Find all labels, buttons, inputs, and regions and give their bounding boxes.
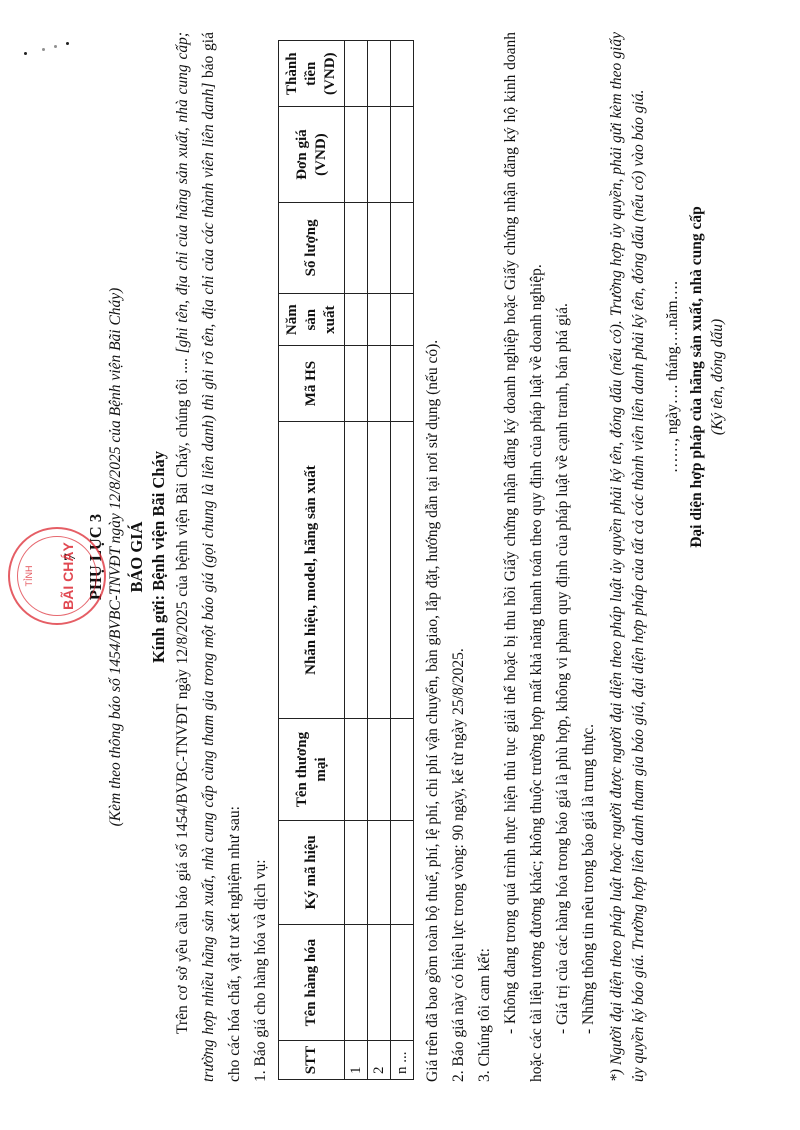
col-total: Thành tiền (VND) xyxy=(279,41,345,107)
cell xyxy=(368,925,391,1041)
cell xyxy=(391,346,414,421)
cell xyxy=(345,107,368,202)
cell xyxy=(345,719,368,820)
appendix-title: PHỤ LỤC 3 xyxy=(86,32,106,1082)
cell xyxy=(391,202,414,293)
cell xyxy=(391,719,414,820)
addressee: Kính gửi: Bệnh viện Bãi Cháy xyxy=(148,32,170,1082)
col-product-name: Tên hàng hóa xyxy=(279,925,345,1041)
cell xyxy=(368,719,391,820)
signature-signer: Đại diện hợp pháp của hãng sản xuất, nhà… xyxy=(686,32,708,722)
cell xyxy=(391,41,414,107)
cell xyxy=(368,107,391,202)
col-trade-name: Tên thương mại xyxy=(279,719,345,820)
table-row: 1 xyxy=(345,41,368,1080)
table-header-row: STT Tên hàng hóa Ký mã hiệu Tên thương m… xyxy=(279,41,345,1080)
section-1-heading: 1. Báo giá cho hàng hóa và dịch vụ: xyxy=(248,32,274,1082)
cell-stt: 2 xyxy=(368,1041,391,1080)
footnote: *) Người đại diện theo pháp luật hoặc ng… xyxy=(606,32,650,1082)
cell xyxy=(345,820,368,924)
col-model-code: Ký mã hiệu xyxy=(279,820,345,924)
cell xyxy=(368,820,391,924)
cell xyxy=(345,293,368,345)
document-page: 7 PHỤ LỤC 3 (Kèm theo thông báo số 1454/… xyxy=(0,0,800,1130)
cell xyxy=(368,41,391,107)
cell xyxy=(391,421,414,719)
cell xyxy=(368,293,391,345)
cell-stt: 1 xyxy=(345,1041,368,1080)
cell xyxy=(345,202,368,293)
table-row: n ... xyxy=(391,41,414,1080)
intro-text: Trên cơ sở yêu cầu báo giá số 1454/BVBC-… xyxy=(174,353,191,1034)
cell xyxy=(391,820,414,924)
col-unit-price: Đơn giá (VND) xyxy=(279,107,345,202)
intro-paragraph: Trên cơ sở yêu cầu báo giá số 1454/BVBC-… xyxy=(170,32,248,1082)
commitment-item: - Không đang trong quá trình thực hiện t… xyxy=(498,32,550,1082)
col-stt: STT xyxy=(279,1041,345,1080)
cell xyxy=(345,925,368,1041)
attachment-note: (Kèm theo thông báo số 1454/BVBC-TNVĐT n… xyxy=(106,32,126,1082)
quotation-table: STT Tên hàng hóa Ký mã hiệu Tên thương m… xyxy=(278,40,414,1080)
section-3-heading: 3. Chúng tôi cam kết: xyxy=(472,32,498,1082)
section-2-validity: 2. Báo giá này có hiệu lực trong vòng: 9… xyxy=(446,32,472,1082)
page-number: 7 xyxy=(62,32,80,1082)
cell xyxy=(345,346,368,421)
cell xyxy=(368,421,391,719)
col-brand-manufacturer: Nhãn hiệu, model, hãng sản xuất xyxy=(279,421,345,719)
cell xyxy=(391,925,414,1041)
signature-date-line: ……, ngày…. tháng….năm…. xyxy=(660,32,686,722)
cell xyxy=(391,107,414,202)
col-year: Năm sản xuất xyxy=(279,293,345,345)
col-quantity: Số lượng xyxy=(279,202,345,293)
signature-instruction: (Ký tên, đóng dấu) xyxy=(708,32,728,722)
commitment-item: - Những thông tin nêu trong báo giá là t… xyxy=(576,32,602,1082)
table-row: 2 xyxy=(368,41,391,1080)
price-note: Giá trên đã bao gồm toàn bộ thuế, phí, l… xyxy=(420,32,446,1082)
cell xyxy=(368,202,391,293)
cell xyxy=(345,421,368,719)
col-hs-code: Mã HS xyxy=(279,346,345,421)
commitment-item: - Giá trị của các hàng hóa trong báo giá… xyxy=(550,32,576,1082)
cell xyxy=(391,293,414,345)
stamp-top-text: TỈNH xyxy=(24,529,34,623)
cell xyxy=(368,346,391,421)
cell xyxy=(345,41,368,107)
document-title: BÁO GIÁ xyxy=(126,32,148,1082)
signature-block: ……, ngày…. tháng….năm…. Đại diện hợp phá… xyxy=(660,32,728,722)
cell-stt: n ... xyxy=(391,1041,414,1080)
